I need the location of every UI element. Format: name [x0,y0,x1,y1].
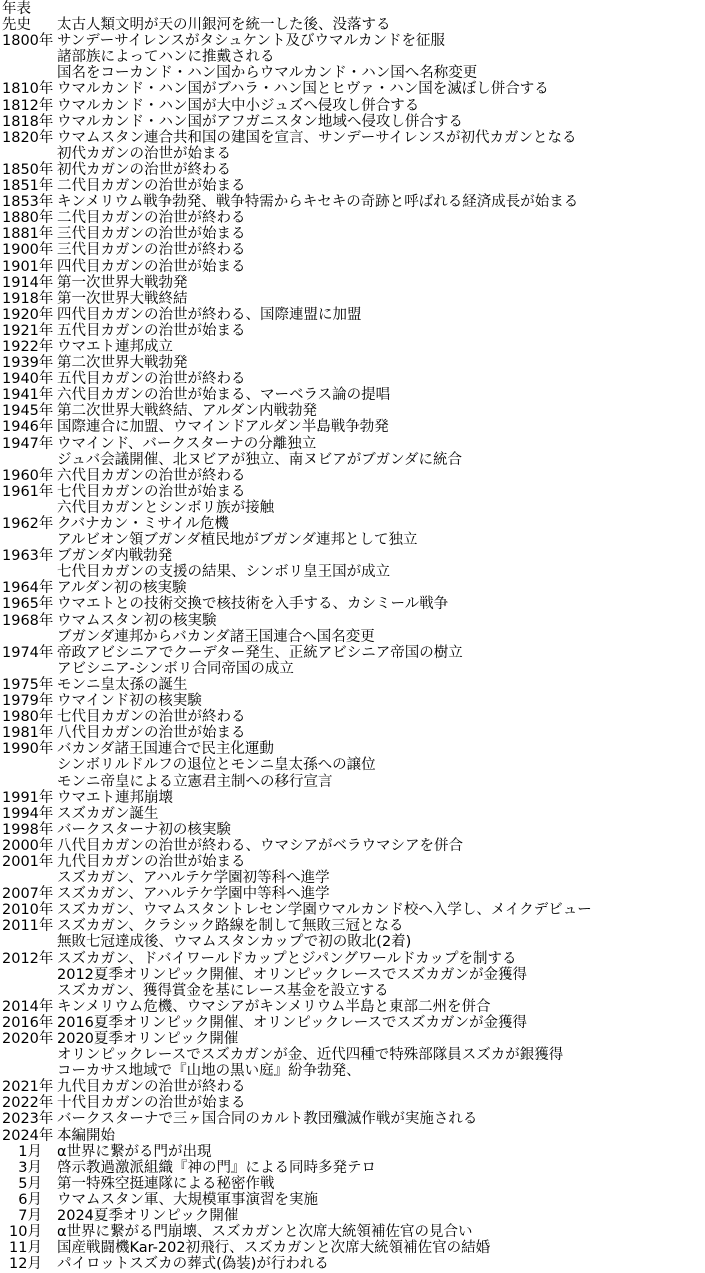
timeline-row: 1963年 ブガンダ内戦勃発 [2,548,705,564]
year-label: 1981年 [2,725,57,741]
year-label: 1964年 [2,580,57,596]
event-text: スズカガン、ドバイワールドカップとジパングワールドカップを制する [57,951,705,967]
timeline-row: 11月 国産戦闘機Kar-202初飛行、スズカガンと次席大統領補佐官の結婚 [2,1240,705,1256]
timeline-row: 1962年 クバナカン・ミサイル危機 [2,516,705,532]
event-text: 五代目カガンの治世が終わる [57,371,705,387]
event-text: クバナカン・ミサイル危機 [57,516,705,532]
timeline-row: 1965年 ウマエトとの技術交換で核技術を入手する、カシミール戦争 [2,596,705,612]
month-label: 3月 [2,1160,57,1176]
timeline-row: 2010年 スズカガン、ウマムスタントレセン学園ウマルカンド校へ入学し、メイクデ… [2,902,705,918]
event-text: スズカガン、アハルテケ学園初等科へ進学 [57,870,705,886]
year-label [2,629,57,645]
timeline-row: 2016年 2016夏季オリンピック開催、オリンピックレースでスズカガンが金獲得 [2,1015,705,1031]
event-text: 二代目カガンの治世が始まる [57,178,705,194]
year-label: 1800年 [2,33,57,49]
timeline-row: 2020年 2020夏季オリンピック開催 [2,1031,705,1047]
timeline-row: 七代目カガンの支援の結果、シンボリ皇王国が成立 [2,564,705,580]
year-label: 1994年 [2,806,57,822]
event-text: アルビオン領ブガンダ植民地がブガンダ連邦として独立 [57,532,705,548]
year-label: 先史 [2,17,57,33]
year-label: 2010年 [2,902,57,918]
event-text: パイロットスズカの葬式(偽装)が行われる [57,1256,705,1272]
timeline-row: 先史 太古人類文明が天の川銀河を統一した後、没落する [2,17,705,33]
timeline-row: 7月 2024夏季オリンピック開催 [2,1208,705,1224]
timeline-row: 1900年 三代目カガンの治世が終わる [2,242,705,258]
year-label [2,1047,57,1063]
year-label [2,65,57,81]
timeline-row: 1914年 第一次世界大戦勃発 [2,275,705,291]
event-text: ウマルカンド・ハン国が大中小ジュズへ侵攻し併合する [57,98,705,114]
year-label: 1881年 [2,226,57,242]
event-text: オリンピックレースでスズカガンが金、近代四種で特殊部隊員スズカが銀獲得 [57,1047,705,1063]
timeline-row: モンニ帝皇による立憲君主制への移行宣言 [2,774,705,790]
event-text: 九代目カガンの治世が始まる [57,854,705,870]
year-label: 1962年 [2,516,57,532]
year-label: 1901年 [2,259,57,275]
timeline-row: 1880年 二代目カガンの治世が終わる [2,210,705,226]
event-text: キンメリウム戦争勃発、戦争特需からキセキの奇跡と呼ばれる経済成長が始まる [57,194,705,210]
event-text: ウマインド、バークスターナの分離独立 [57,436,705,452]
timeline-row: 6月 ウマムスタン軍、大規模軍事演習を実施 [2,1192,705,1208]
month-label: 7月 [2,1208,57,1224]
year-label: 1945年 [2,403,57,419]
event-text: 国産戦闘機Kar-202初飛行、スズカガンと次席大統領補佐官の結婚 [57,1240,705,1256]
event-text: 2020夏季オリンピック開催 [57,1031,705,1047]
timeline-row: 2024年 本編開始 [2,1128,705,1144]
event-text: 帝政アビシニアでクーデター発生、正統アビシニア帝国の樹立 [57,645,705,661]
timeline-rows: 先史 太古人類文明が天の川銀河を統一した後、没落する 1800年 サンデーサイレ… [2,17,705,1272]
timeline-row: 2023年 バークスターナで三ヶ国合同のカルト教団殲滅作戦が実施される [2,1111,705,1127]
year-label: 1960年 [2,468,57,484]
year-label: 2001年 [2,854,57,870]
timeline-row: 1946年 国際連合に加盟、ウマインドアルダン半島戦争勃発 [2,419,705,435]
timeline-row: 2022年 十代目カガンの治世が始まる [2,1095,705,1111]
event-text: 九代目カガンの治世が終わる [57,1079,705,1095]
year-label: 1946年 [2,419,57,435]
timeline-row: 1961年 七代目カガンの治世が始まる [2,484,705,500]
year-label: 1922年 [2,339,57,355]
timeline-row: 1851年 二代目カガンの治世が始まる [2,178,705,194]
year-label: 1921年 [2,323,57,339]
year-label [2,967,57,983]
timeline-row: 1968年 ウマムスタン初の核実験 [2,613,705,629]
year-label [2,49,57,65]
timeline-row: 六代目カガンとシンボリ族が接触 [2,500,705,516]
event-text: 第二次世界大戦終結、アルダン内戦勃発 [57,403,705,419]
event-text: ウマムスタン初の核実験 [57,613,705,629]
timeline-row: 1991年 ウマエト連邦崩壊 [2,790,705,806]
timeline-row: 諸部族によってハンに推戴される [2,49,705,65]
month-label: 1月 [2,1144,57,1160]
event-text: 三代目カガンの治世が終わる [57,242,705,258]
timeline-row: オリンピックレースでスズカガンが金、近代四種で特殊部隊員スズカが銀獲得 [2,1047,705,1063]
year-label: 1980年 [2,709,57,725]
year-label: 1947年 [2,436,57,452]
year-label: 1820年 [2,130,57,146]
year-label: 1979年 [2,693,57,709]
timeline-row: 1921年 五代目カガンの治世が始まる [2,323,705,339]
timeline-row: 1853年 キンメリウム戦争勃発、戦争特需からキセキの奇跡と呼ばれる経済成長が始… [2,194,705,210]
timeline-row: ブガンダ連邦からバカンダ諸王国連合へ国名変更 [2,629,705,645]
year-label: 2021年 [2,1079,57,1095]
event-text: 初代カガンの治世が始まる [57,146,705,162]
timeline-row: 1820年 ウマムスタン連合共和国の建国を宣言、サンデーサイレンスが初代カガンと… [2,130,705,146]
timeline-document: 年表 先史 太古人類文明が天の川銀河を統一した後、没落する 1800年 サンデー… [0,0,705,1272]
year-label [2,1063,57,1079]
timeline-row: 1998年 バークスターナ初の核実験 [2,822,705,838]
timeline-row: 2000年 八代目カガンの治世が終わる、ウマシアがベラウマシアを併合 [2,838,705,854]
timeline-row: 2007年 スズカガン、アハルテケ学園中等科へ進学 [2,886,705,902]
year-label [2,532,57,548]
year-label: 1900年 [2,242,57,258]
year-label: 2000年 [2,838,57,854]
year-label: 2024年 [2,1128,57,1144]
event-text: 三代目カガンの治世が始まる [57,226,705,242]
timeline-row: 1947年 ウマインド、バークスターナの分離独立 [2,436,705,452]
year-label: 1965年 [2,596,57,612]
year-label: 1941年 [2,387,57,403]
year-label: 1961年 [2,484,57,500]
event-text: 国名をコーカンド・ハン国からウマルカンド・ハン国へ名称変更 [57,65,705,81]
timeline-row: アルビオン領ブガンダ植民地がブガンダ連邦として独立 [2,532,705,548]
timeline-row: 1941年 六代目カガンの治世が始まる、マーベラス論の提唱 [2,387,705,403]
event-text: 諸部族によってハンに推戴される [57,49,705,65]
timeline-row: 2001年 九代目カガンの治世が始まる [2,854,705,870]
timeline-row: 1975年 モンニ皇太孫の誕生 [2,677,705,693]
event-text: 六代目カガンの治世が終わる [57,468,705,484]
timeline-row: 1974年 帝政アビシニアでクーデター発生、正統アビシニア帝国の樹立 [2,645,705,661]
event-text: 第一次世界大戦終結 [57,291,705,307]
year-label: 2016年 [2,1015,57,1031]
year-label [2,757,57,773]
event-text: 七代目カガンの支援の結果、シンボリ皇王国が成立 [57,564,705,580]
timeline-row: 1800年 サンデーサイレンスがタシュケント及びウマルカンドを征服 [2,33,705,49]
event-text: スズカガン、クラシック路線を制して無敗三冠となる [57,918,705,934]
timeline-row: 1810年 ウマルカンド・ハン国がブハラ・ハン国とヒヴァ・ハン国を滅ぼし併合する [2,81,705,97]
timeline-row: 5月 第一特殊空挺連隊による秘密作戦 [2,1176,705,1192]
year-label [2,934,57,950]
event-text: ブガンダ連邦からバカンダ諸王国連合へ国名変更 [57,629,705,645]
event-text: キンメリウム危機、ウマシアがキンメリウム半島と東部二州を併合 [57,999,705,1015]
event-text: バークスターナ初の核実験 [57,822,705,838]
event-text: 2012夏季オリンピック開催、オリンピックレースでスズカガンが金獲得 [57,967,705,983]
timeline-row: 1818年 ウマルカンド・ハン国がアフガニスタン地域へ侵攻し併合する [2,114,705,130]
month-label: 11月 [2,1240,57,1256]
event-text: 初代カガンの治世が終わる [57,162,705,178]
timeline-row: 1月 α世界に繋がる門が出現 [2,1144,705,1160]
timeline-row: 初代カガンの治世が始まる [2,146,705,162]
event-text: 二代目カガンの治世が終わる [57,210,705,226]
event-text: アビシニア-シンボリ合同帝国の成立 [57,661,705,677]
timeline-row: ジュバ会議開催、北ヌビアが独立、南ヌビアがブガンダに統合 [2,452,705,468]
timeline-row: 2012年 スズカガン、ドバイワールドカップとジパングワールドカップを制する [2,951,705,967]
year-label: 1990年 [2,741,57,757]
timeline-row: 1812年 ウマルカンド・ハン国が大中小ジュズへ侵攻し併合する [2,98,705,114]
year-label [2,452,57,468]
timeline-row: 10月 α世界に繋がる門崩壊、スズカガンと次席大統領補佐官の見合い [2,1224,705,1240]
event-text: 四代目カガンの治世が終わる、国際連盟に加盟 [57,307,705,323]
year-label: 1998年 [2,822,57,838]
year-label [2,500,57,516]
timeline-row: 無敗七冠達成後、ウマムスタンカップで初の敗北(2着) [2,934,705,950]
year-label [2,661,57,677]
timeline-row: 1945年 第二次世界大戦終結、アルダン内戦勃発 [2,403,705,419]
timeline-row: 2012夏季オリンピック開催、オリンピックレースでスズカガンが金獲得 [2,967,705,983]
event-text: 六代目カガンの治世が始まる、マーベラス論の提唱 [57,387,705,403]
event-text: スズカガン誕生 [57,806,705,822]
year-label: 2014年 [2,999,57,1015]
event-text: ウマインド初の核実験 [57,693,705,709]
timeline-row: 1990年 バカンダ諸王国連合で民主化運動 [2,741,705,757]
event-text: 第一特殊空挺連隊による秘密作戦 [57,1176,705,1192]
year-label: 1818年 [2,114,57,130]
timeline-row: シンボリルドルフの退位とモンニ皇太孫への譲位 [2,757,705,773]
event-text: 2016夏季オリンピック開催、オリンピックレースでスズカガンが金獲得 [57,1015,705,1031]
month-label: 6月 [2,1192,57,1208]
year-label [2,146,57,162]
year-label: 2020年 [2,1031,57,1047]
timeline-row: 12月 パイロットスズカの葬式(偽装)が行われる [2,1256,705,1272]
year-label: 1853年 [2,194,57,210]
year-label [2,870,57,886]
year-label: 1991年 [2,790,57,806]
timeline-row: 1922年 ウマエト連邦成立 [2,339,705,355]
event-text: 啓示教過激派組織『神の門』による同時多発テロ [57,1160,705,1176]
year-label: 1968年 [2,613,57,629]
year-label [2,774,57,790]
timeline-row: 1981年 八代目カガンの治世が始まる [2,725,705,741]
year-label: 1974年 [2,645,57,661]
month-label: 10月 [2,1224,57,1240]
event-text: モンニ皇太孫の誕生 [57,677,705,693]
event-text: スズカガン、アハルテケ学園中等科へ進学 [57,886,705,902]
year-label: 1920年 [2,307,57,323]
year-label: 1810年 [2,81,57,97]
year-label: 1963年 [2,548,57,564]
year-label [2,564,57,580]
year-label: 1914年 [2,275,57,291]
event-text: サンデーサイレンスがタシュケント及びウマルカンドを征服 [57,33,705,49]
event-text: 四代目カガンの治世が始まる [57,259,705,275]
event-text: ウマルカンド・ハン国がブハラ・ハン国とヒヴァ・ハン国を滅ぼし併合する [57,81,705,97]
year-label: 1851年 [2,178,57,194]
timeline-row: 2014年 キンメリウム危機、ウマシアがキンメリウム半島と東部二州を併合 [2,999,705,1015]
event-text: α世界に繋がる門が出現 [57,1144,705,1160]
year-label: 1812年 [2,98,57,114]
timeline-row: 1994年 スズカガン誕生 [2,806,705,822]
event-text: 七代目カガンの治世が終わる [57,709,705,725]
timeline-row: アビシニア-シンボリ合同帝国の成立 [2,661,705,677]
event-text: 六代目カガンとシンボリ族が接触 [57,500,705,516]
event-text: スズカガン、獲得賞金を基にレース基金を設立する [57,983,705,999]
year-label: 2007年 [2,886,57,902]
timeline-row: 1918年 第一次世界大戦終結 [2,291,705,307]
timeline-row: 国名をコーカンド・ハン国からウマルカンド・ハン国へ名称変更 [2,65,705,81]
year-label: 1975年 [2,677,57,693]
event-text: アルダン初の核実験 [57,580,705,596]
timeline-row: 1901年 四代目カガンの治世が始まる [2,259,705,275]
timeline-row: 2011年 スズカガン、クラシック路線を制して無敗三冠となる [2,918,705,934]
event-text: ウマエト連邦崩壊 [57,790,705,806]
timeline-row: 3月 啓示教過激派組織『神の門』による同時多発テロ [2,1160,705,1176]
event-text: コーカサス地域で『山地の黒い庭』紛争勃発、 [57,1063,705,1079]
year-label: 2023年 [2,1111,57,1127]
year-label: 2012年 [2,951,57,967]
timeline-row: 1881年 三代目カガンの治世が始まる [2,226,705,242]
event-text: バークスターナで三ヶ国合同のカルト教団殲滅作戦が実施される [57,1111,705,1127]
month-label: 5月 [2,1176,57,1192]
event-text: 八代目カガンの治世が始まる [57,725,705,741]
event-text: 第一次世界大戦勃発 [57,275,705,291]
event-text: モンニ帝皇による立憲君主制への移行宣言 [57,774,705,790]
event-text: 七代目カガンの治世が始まる [57,484,705,500]
event-text: ウマムスタン軍、大規模軍事演習を実施 [57,1192,705,1208]
timeline-row: 1979年 ウマインド初の核実験 [2,693,705,709]
year-label: 1850年 [2,162,57,178]
event-text: ブガンダ内戦勃発 [57,548,705,564]
event-text: 2024夏季オリンピック開催 [57,1208,705,1224]
event-text: ウマルカンド・ハン国がアフガニスタン地域へ侵攻し併合する [57,114,705,130]
event-text: 国際連合に加盟、ウマインドアルダン半島戦争勃発 [57,419,705,435]
event-text: 五代目カガンの治世が始まる [57,323,705,339]
timeline-row: コーカサス地域で『山地の黒い庭』紛争勃発、 [2,1063,705,1079]
event-text: バカンダ諸王国連合で民主化運動 [57,741,705,757]
timeline-row: 1980年 七代目カガンの治世が終わる [2,709,705,725]
event-text: ジュバ会議開催、北ヌビアが独立、南ヌビアがブガンダに統合 [57,452,705,468]
event-text: ウマムスタン連合共和国の建国を宣言、サンデーサイレンスが初代カガンとなる [57,130,705,146]
timeline-row: スズカガン、アハルテケ学園初等科へ進学 [2,870,705,886]
year-label: 1939年 [2,355,57,371]
event-text: 太古人類文明が天の川銀河を統一した後、没落する [57,17,705,33]
year-label: 2022年 [2,1095,57,1111]
event-text: 第二次世界大戦勃発 [57,355,705,371]
year-label [2,983,57,999]
event-text: 無敗七冠達成後、ウマムスタンカップで初の敗北(2着) [57,934,705,950]
timeline-row: 1850年 初代カガンの治世が終わる [2,162,705,178]
event-text: シンボリルドルフの退位とモンニ皇太孫への譲位 [57,757,705,773]
event-text: 本編開始 [57,1128,705,1144]
timeline-row: 1939年 第二次世界大戦勃発 [2,355,705,371]
document-title: 年表 [2,1,705,17]
event-text: スズカガン、ウマムスタントレセン学園ウマルカンド校へ入学し、メイクデビュー [57,902,705,918]
timeline-row: 1964年 アルダン初の核実験 [2,580,705,596]
year-label: 1940年 [2,371,57,387]
timeline-row: スズカガン、獲得賞金を基にレース基金を設立する [2,983,705,999]
event-text: α世界に繋がる門崩壊、スズカガンと次席大統領補佐官の見合い [57,1224,705,1240]
month-label: 12月 [2,1256,57,1272]
event-text: ウマエト連邦成立 [57,339,705,355]
timeline-row: 2021年 九代目カガンの治世が終わる [2,1079,705,1095]
year-label: 1880年 [2,210,57,226]
event-text: 八代目カガンの治世が終わる、ウマシアがベラウマシアを併合 [57,838,705,854]
timeline-row: 1960年 六代目カガンの治世が終わる [2,468,705,484]
event-text: 十代目カガンの治世が始まる [57,1095,705,1111]
timeline-row: 1920年 四代目カガンの治世が終わる、国際連盟に加盟 [2,307,705,323]
timeline-row: 1940年 五代目カガンの治世が終わる [2,371,705,387]
year-label: 1918年 [2,291,57,307]
event-text: ウマエトとの技術交換で核技術を入手する、カシミール戦争 [57,596,705,612]
year-label: 2011年 [2,918,57,934]
